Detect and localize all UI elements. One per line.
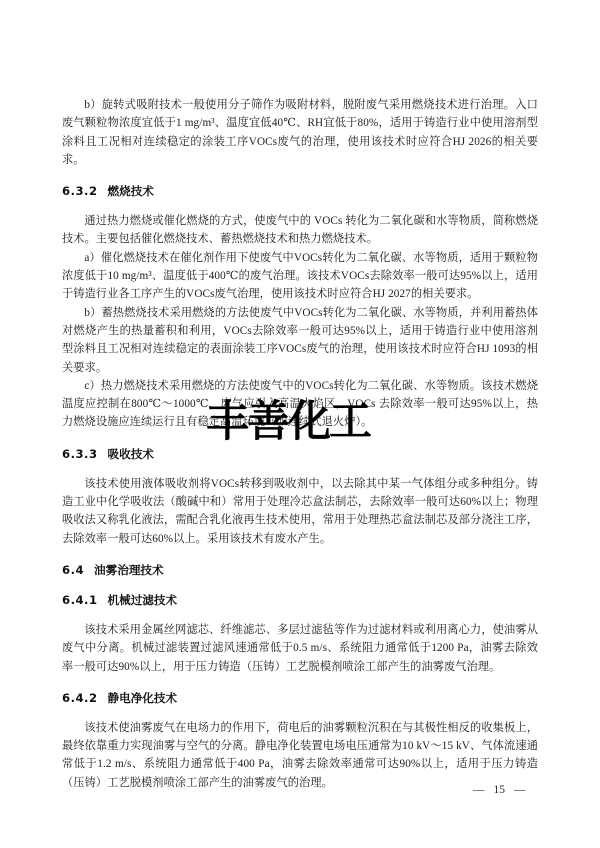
section-number: 6.4.2: [62, 690, 98, 706]
section-number: 6.4: [62, 562, 84, 578]
section-number: 6.3.2: [62, 183, 98, 199]
section-title: 吸收技术: [108, 447, 154, 461]
document-page: b）旋转式吸附技术一般使用分子筛作为吸附材料，脱附废气采用燃烧技术进行治理。入口…: [0, 0, 600, 848]
page-number: 15: [494, 783, 506, 797]
section-title: 静电净化技术: [108, 691, 178, 705]
section-heading-6-3-2: 6.3.2燃烧技术: [62, 183, 538, 199]
footer-dash-left: —: [473, 783, 485, 797]
section-heading-6-4-2: 6.4.2静电净化技术: [62, 690, 538, 706]
section-title: 燃烧技术: [108, 184, 154, 198]
paragraph-rotary-adsorption: b）旋转式吸附技术一般使用分子筛作为吸附材料，脱附废气采用燃烧技术进行治理。入口…: [62, 96, 538, 169]
footer-dash-right: —: [514, 783, 526, 797]
watermark-text: 丰善化工: [206, 399, 370, 445]
paragraph-mechanical-filtration: 该技术采用金属丝网滤芯、纤维滤芯、多层过滤毡等作为过滤材料或利用离心力，使油雾从…: [62, 621, 538, 676]
section-number: 6.3.3: [62, 446, 98, 462]
paragraph-regenerative-combustion: b）蓄热燃烧技术采用燃烧的方法使废气中VOCs转化为二氧化碳、水等物质，并利用蓄…: [62, 304, 538, 377]
paragraph-electrostatic-purification: 该技术使油雾废气在电场力的作用下，荷电后的油雾颗粒沉积在与其极性相反的收集板上，…: [62, 719, 538, 792]
section-title: 油雾治理技术: [94, 563, 164, 577]
section-title: 机械过滤技术: [108, 593, 178, 607]
section-heading-6-4: 6.4油雾治理技术: [62, 562, 538, 578]
paragraph-combustion-intro: 通过热力燃烧或催化燃烧的方式，使废气中的 VOCs 转化为二氧化碳和水等物质，简…: [62, 212, 538, 249]
section-number: 6.4.1: [62, 592, 98, 608]
paragraph-catalytic-combustion: a）催化燃烧技术在催化剂作用下使废气中VOCs转化为二氧化碳、水等物质，适用于颗…: [62, 249, 538, 304]
section-heading-6-3-3: 6.3.3吸收技术: [62, 446, 538, 462]
paragraph-absorption: 该技术使用液体吸收剂将VOCs转移到吸收剂中，以去除其中某一气体组分或多种组分。…: [62, 475, 538, 548]
page-footer: —15—: [473, 783, 526, 797]
section-heading-6-4-1: 6.4.1机械过滤技术: [62, 592, 538, 608]
